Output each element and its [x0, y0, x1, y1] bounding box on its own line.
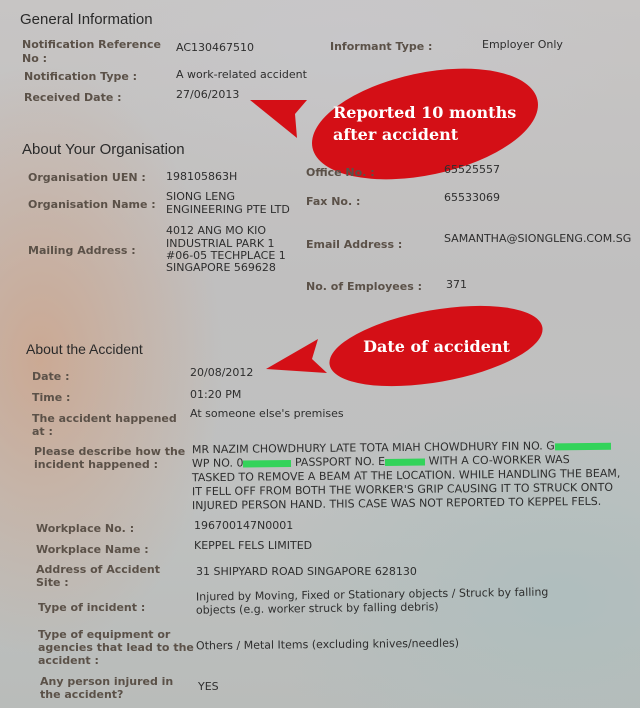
accident-date-value: 20/08/2012	[190, 366, 253, 380]
description-text-2b: PASSPORT NO. E	[291, 455, 385, 469]
received-date-label: Received Date :	[24, 91, 122, 105]
callout-date-of-accident: Date of accident	[323, 292, 548, 400]
workplace-no-label: Workplace No. :	[36, 522, 134, 536]
callout-date-text: Date of accident	[363, 337, 510, 356]
describe-label-line-1: Please describe how the	[34, 445, 185, 459]
email-address-value: SAMANTHA@SIONGLENG.COM.SG	[444, 232, 631, 246]
notification-reference-label: Notification Reference No :	[22, 38, 162, 66]
incident-type-value-line-2: objects (e.g. worker struck by falling d…	[196, 600, 439, 617]
equipment-label-line-2: agencies that lead to the	[38, 641, 194, 655]
organisation-uen-value: 198105863H	[166, 170, 237, 184]
redaction-bar	[243, 459, 291, 467]
employees-value: 371	[446, 278, 467, 292]
mailing-address-line-1: 4012 ANG MO KIO	[166, 224, 266, 238]
redaction-bar	[385, 458, 425, 465]
general-information-heading: General Information	[20, 11, 153, 28]
injured-label-line-2: the accident?	[40, 688, 123, 702]
fax-no-value: 65533069	[444, 191, 500, 205]
organisation-heading: About Your Organisation	[22, 141, 185, 158]
employees-label: No. of Employees :	[306, 280, 422, 294]
description-text-2c: WITH A CO-WORKER WAS	[425, 453, 570, 468]
site-address-label-line-2: Site :	[36, 576, 69, 590]
informant-type-label: Informant Type :	[330, 40, 432, 54]
organisation-name-value-line-1: SIONG LENG	[166, 190, 235, 204]
description-text-2a: WP NO. 0	[192, 456, 244, 470]
callout-reported-line-2: after accident	[333, 124, 516, 146]
email-address-label: Email Address :	[306, 238, 402, 252]
injured-value: YES	[198, 680, 219, 694]
site-address-value: 31 SHIPYARD ROAD SINGAPORE 628130	[196, 565, 417, 579]
description-line-5: INJURED PERSON HAND. THIS CASE WAS NOT R…	[192, 495, 601, 513]
organisation-name-label: Organisation Name :	[28, 198, 156, 212]
workplace-no-value: 196700147N0001	[194, 519, 293, 533]
equipment-label-line-3: accident :	[38, 654, 99, 668]
organisation-uen-label: Organisation UEN :	[28, 171, 146, 185]
informant-type-value: Employer Only	[482, 38, 563, 52]
office-no-label: Office No. :	[306, 166, 375, 180]
accident-date-label: Date :	[32, 370, 70, 384]
happened-at-label-line-2: at :	[32, 425, 53, 439]
workplace-name-label: Workplace Name :	[36, 543, 149, 557]
happened-at-value: At someone else's premises	[190, 407, 344, 421]
workplace-name-value: KEPPEL FELS LIMITED	[194, 539, 312, 553]
mailing-address-label: Mailing Address :	[28, 244, 136, 258]
incident-type-label: Type of incident :	[38, 601, 145, 615]
notification-type-label: Notification Type :	[24, 70, 137, 84]
organisation-name-value-line-2: ENGINEERING PTE LTD	[166, 203, 290, 217]
describe-label-line-2: incident happened :	[34, 458, 158, 472]
happened-at-label-line-1: The accident happened	[32, 412, 177, 426]
equipment-value: Others / Metal Items (excluding knives/n…	[196, 637, 459, 654]
accident-time-value: 01:20 PM	[190, 388, 241, 402]
site-address-label-line-1: Address of Accident	[36, 563, 160, 577]
callout-reported-line-1: Reported 10 months	[333, 102, 516, 124]
injured-label-line-1: Any person injured in	[40, 675, 173, 689]
fax-no-label: Fax No. :	[306, 195, 360, 209]
equipment-label-line-1: Type of equipment or	[38, 628, 170, 642]
mailing-address-line-4: SINGAPORE 569628	[166, 261, 276, 275]
notification-reference-value: AC130467510	[176, 41, 254, 55]
accident-time-label: Time :	[32, 391, 70, 405]
office-no-value: 65525557	[444, 163, 500, 177]
accident-heading: About the Accident	[26, 341, 143, 357]
notification-type-value: A work-related accident	[176, 68, 307, 82]
redaction-bar	[555, 442, 611, 450]
received-date-value: 27/06/2013	[176, 88, 239, 102]
